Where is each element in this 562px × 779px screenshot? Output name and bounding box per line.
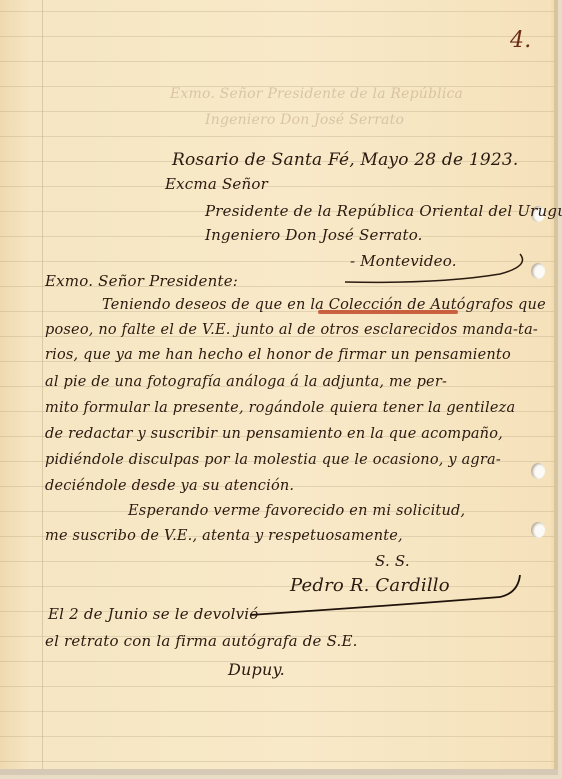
body-line: rios, que ya me han hecho el honor de fi… — [45, 347, 511, 363]
page-bottom-edge — [0, 769, 558, 775]
body-line: deciéndole desde ya su atención. — [45, 478, 294, 494]
body-line: mito formular la presente, rogándole qui… — [45, 400, 515, 416]
addressee-line: Presidente de la República Oriental del … — [205, 202, 562, 220]
body-line: al pie de una fotografía análoga á la ad… — [45, 374, 447, 390]
closing-line: Esperando verme favorecido en mi solicit… — [128, 503, 465, 519]
annotation-line: El 2 de Junio se le devolvió — [48, 605, 258, 623]
bleedthrough-text: Ingeniero Don José Serrato — [205, 112, 404, 128]
page-edge — [554, 0, 558, 775]
margin-line — [42, 0, 43, 775]
letter-page: 4. Exmo. Señor Presidente de la Repúblic… — [0, 0, 558, 775]
body-line: pidiéndole disculpas por la molestia que… — [45, 452, 501, 468]
body-line: poseo, no falte el de V.E. junto al de o… — [45, 322, 538, 338]
annotation-initials: Dupuy. — [228, 660, 285, 679]
annotation-line: el retrato con la firma autógrafa de S.E… — [45, 632, 358, 650]
underline-flourish — [340, 252, 540, 292]
page-number: 4. — [510, 28, 531, 53]
punch-hole — [531, 463, 545, 479]
salutation-short: Excma Señor — [165, 175, 268, 193]
bleedthrough-text: Exmo. Señor Presidente de la República — [170, 86, 463, 102]
body-line: Teniendo deseos de que en la Colección d… — [102, 297, 546, 313]
ss-abbreviation: S. S. — [375, 552, 410, 570]
place-date: Rosario de Santa Fé, Mayo 28 de 1923. — [172, 150, 519, 170]
signature-flourish — [250, 575, 530, 620]
body-line: de redactar y suscribir un pensamiento e… — [45, 426, 503, 442]
addressee-line: Ingeniero Don José Serrato. — [205, 226, 423, 244]
greeting: Exmo. Señor Presidente: — [45, 272, 238, 290]
closing-line: me suscribo de V.E., atenta y respetuosa… — [45, 528, 403, 544]
punch-hole — [531, 522, 545, 538]
